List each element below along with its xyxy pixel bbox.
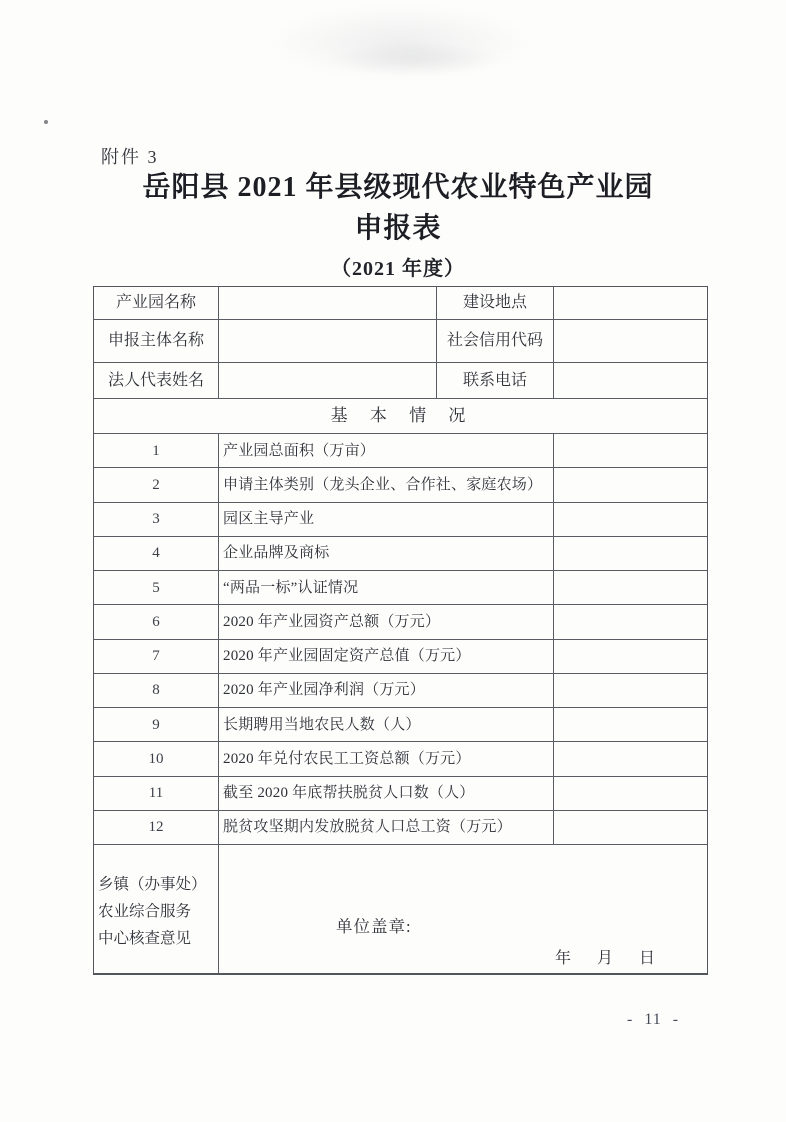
field-label-credit-code: 社会信用代码	[437, 320, 554, 362]
row-number: 3	[94, 503, 219, 536]
row-value-cell	[554, 777, 707, 810]
row-number: 9	[94, 708, 219, 741]
field-value-construction-site	[554, 287, 707, 319]
row-value-cell	[554, 434, 707, 467]
review-label-line3: 中心核查意见	[98, 925, 218, 952]
scan-speck	[44, 120, 48, 124]
field-value-applicant-name	[219, 320, 437, 362]
field-label-park-name: 产业园名称	[94, 287, 219, 319]
date-line: 年 月 日	[555, 949, 655, 968]
row-number: 4	[94, 537, 219, 570]
row-value-cell	[554, 468, 707, 501]
row-value-cell	[554, 674, 707, 707]
review-label-line1: 乡镇（办事处）	[98, 871, 218, 898]
unit-seal-label: 单位盖章:	[336, 917, 412, 937]
row-value-cell	[554, 571, 707, 604]
row-value-cell	[554, 503, 707, 536]
table-row-8: 8 2020 年产业园净利润（万元）	[94, 674, 707, 708]
field-value-legal-representative	[219, 363, 437, 398]
row-number: 12	[94, 811, 219, 844]
row-item-label: “两品一标”认证情况	[219, 571, 554, 604]
table-row-3: 3 园区主导产业	[94, 503, 707, 537]
row-number: 2	[94, 468, 219, 501]
row-value-cell	[554, 811, 707, 844]
row-number: 11	[94, 777, 219, 810]
field-value-phone	[554, 363, 707, 398]
row-number: 10	[94, 742, 219, 775]
row-number: 7	[94, 640, 219, 673]
row-item-label: 长期聘用当地农民人数（人）	[219, 708, 554, 741]
row-number: 6	[94, 605, 219, 638]
table-row-7: 7 2020 年产业园固定资产总值（万元）	[94, 640, 707, 674]
row-value-cell	[554, 742, 707, 775]
review-label-line2: 农业综合服务	[98, 898, 218, 925]
scanned-document-page: 附件 3 岳阳县 2021 年县级现代农业特色产业园 申报表 （2021 年度）…	[0, 0, 786, 1122]
row-item-label: 产业园总面积（万亩）	[219, 434, 554, 467]
row-item-label: 2020 年兑付农民工工资总额（万元）	[219, 742, 554, 775]
row-value-cell	[554, 640, 707, 673]
info-row-legal-representative: 法人代表姓名 联系电话	[94, 363, 707, 399]
row-item-label: 申请主体类别（龙头企业、合作社、家庭农场）	[219, 468, 554, 501]
row-number: 1	[94, 434, 219, 467]
table-row-4: 4 企业品牌及商标	[94, 537, 707, 571]
review-row: 乡镇（办事处） 农业综合服务 中心核查意见 单位盖章: 年 月 日	[94, 845, 707, 973]
row-item-label: 截至 2020 年底帮扶脱贫人口数（人）	[219, 777, 554, 810]
field-label-phone: 联系电话	[437, 363, 554, 398]
field-label-construction-site: 建设地点	[437, 287, 554, 319]
row-value-cell	[554, 537, 707, 570]
table-row-2: 2 申请主体类别（龙头企业、合作社、家庭农场）	[94, 468, 707, 502]
info-row-park-name: 产业园名称 建设地点	[94, 287, 707, 320]
row-item-label: 2020 年产业园固定资产总值（万元）	[219, 640, 554, 673]
row-item-label: 脱贫攻坚期内发放脱贫人口总工资（万元）	[219, 811, 554, 844]
field-value-park-name	[219, 287, 437, 319]
document-title-line2: 申报表	[8, 208, 786, 249]
row-item-label: 2020 年产业园资产总额（万元）	[219, 605, 554, 638]
row-item-label: 园区主导产业	[219, 503, 554, 536]
table-row-11: 11 截至 2020 年底帮扶脱贫人口数（人）	[94, 777, 707, 811]
scan-artifact	[330, 42, 500, 76]
row-value-cell	[554, 708, 707, 741]
field-value-credit-code	[554, 320, 707, 362]
field-label-applicant-name: 申报主体名称	[94, 320, 219, 362]
document-title-line1: 岳阳县 2021 年县级现代农业特色产业园	[8, 167, 786, 208]
row-value-cell	[554, 605, 707, 638]
attachment-label: 附件 3	[101, 143, 159, 169]
application-form-table: 产业园名称 建设地点 申报主体名称 社会信用代码 法人代表姓名 联系电话 基 本…	[93, 286, 708, 975]
row-item-label: 2020 年产业园净利润（万元）	[219, 674, 554, 707]
table-row-10: 10 2020 年兑付农民工工资总额（万元）	[94, 742, 707, 776]
row-number: 8	[94, 674, 219, 707]
page-number: - 11 -	[627, 1011, 679, 1029]
document-subtitle: （2021 年度）	[8, 252, 786, 281]
table-row-5: 5 “两品一标”认证情况	[94, 571, 707, 605]
row-number: 5	[94, 571, 219, 604]
section-header-row: 基 本 情 况	[94, 399, 707, 434]
field-label-legal-representative: 法人代表姓名	[94, 363, 219, 398]
table-row-6: 6 2020 年产业园资产总额（万元）	[94, 605, 707, 639]
review-opinion-label: 乡镇（办事处） 农业综合服务 中心核查意见	[94, 845, 219, 973]
document-title: 岳阳县 2021 年县级现代农业特色产业园 申报表	[8, 167, 786, 249]
review-opinion-area: 单位盖章: 年 月 日	[219, 845, 707, 973]
info-row-applicant-name: 申报主体名称 社会信用代码	[94, 320, 707, 363]
row-item-label: 企业品牌及商标	[219, 537, 554, 570]
table-row-9: 9 长期聘用当地农民人数（人）	[94, 708, 707, 742]
section-header-basic-info: 基 本 情 况	[94, 399, 707, 433]
table-row-1: 1 产业园总面积（万亩）	[94, 434, 707, 468]
table-row-12: 12 脱贫攻坚期内发放脱贫人口总工资（万元）	[94, 811, 707, 845]
